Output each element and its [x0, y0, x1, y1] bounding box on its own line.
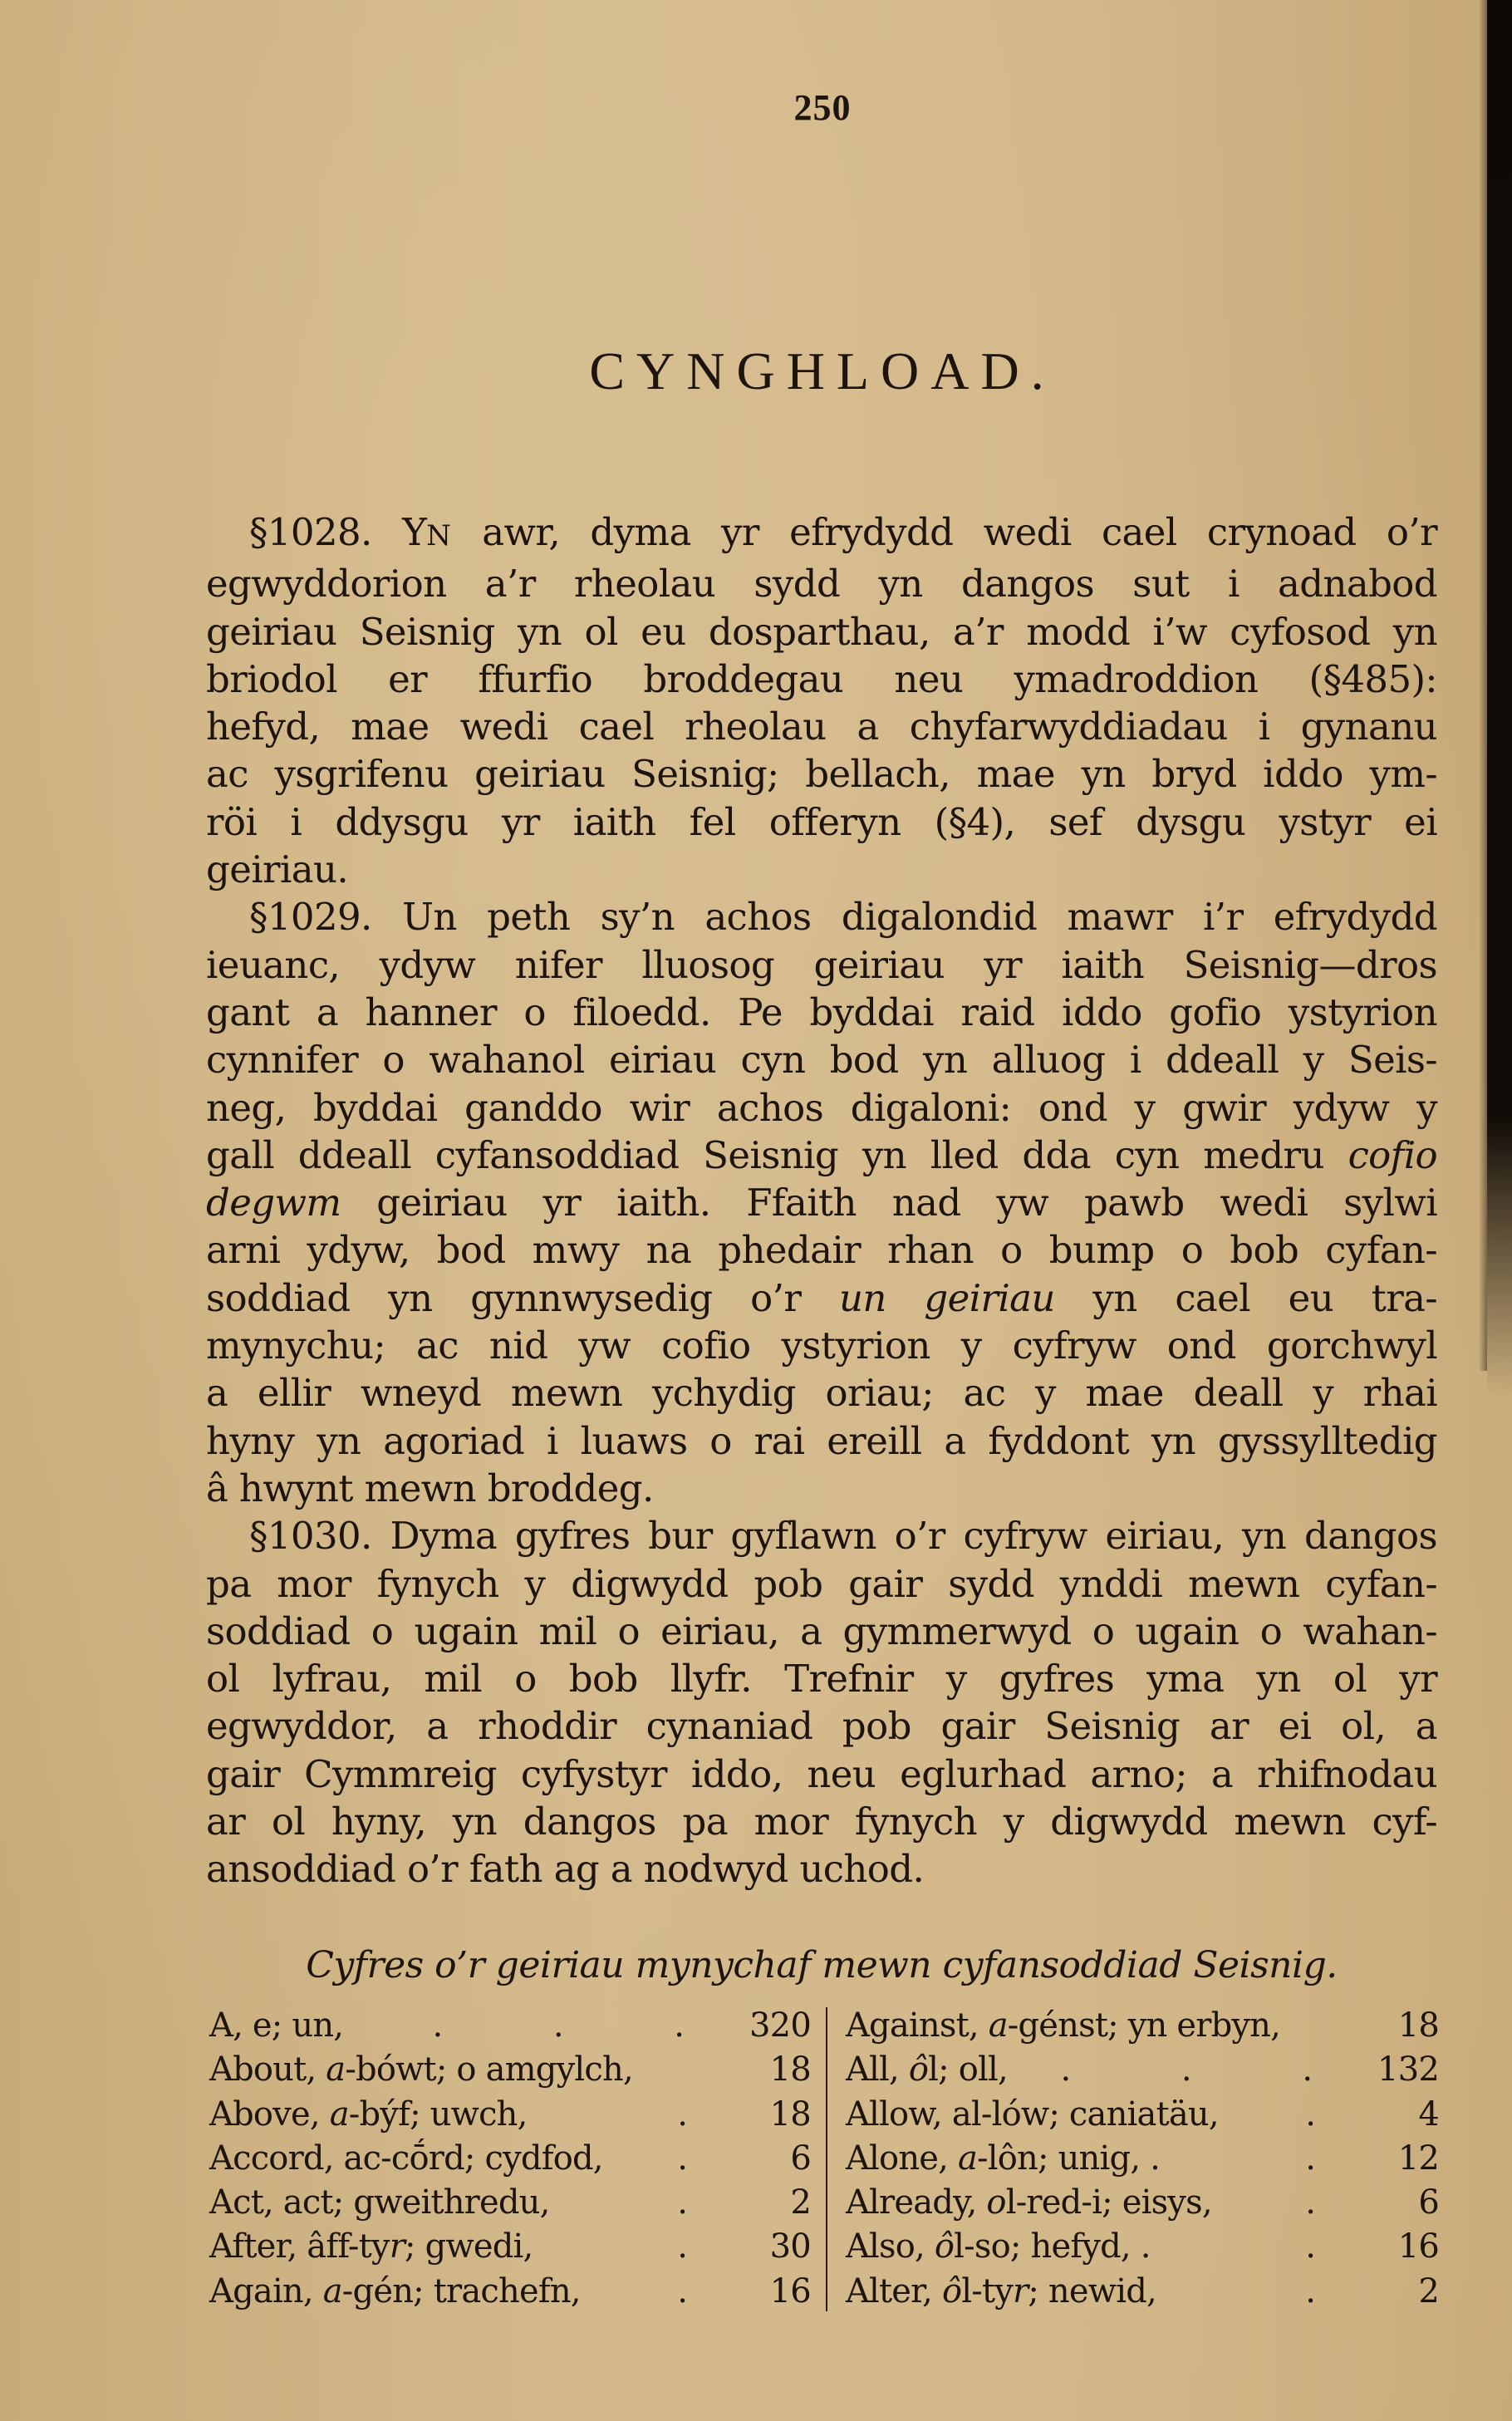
text-line: soddiad yn gynnwysedig o’r un geiriau yn…	[206, 1274, 1437, 1322]
text-line: a ellir wneyd mewn ychydig oriau; ac y m…	[206, 1369, 1437, 1417]
frequency-count: 6	[753, 2137, 811, 2181]
frequency-count: 4	[1381, 2093, 1439, 2137]
table-row: About, a-bówt; o amgylch,18	[209, 2048, 811, 2092]
text-line: ansoddiad o’r fath ag a nodwyd uchod.	[206, 1845, 1437, 1893]
text-line: ac ysgrifenu geiriau Seisnig; bellach, m…	[206, 750, 1437, 798]
text-line: §1029. Un peth sy’n achos digalondid maw…	[206, 893, 1437, 940]
table-row: After, âff-tyr; gwedi,.30	[209, 2225, 811, 2269]
text-line: briodol er ffurfio broddegau neu ymadrod…	[206, 656, 1437, 703]
dot-leader: .	[581, 2270, 753, 2314]
word-entry: A, e; un,	[209, 2004, 343, 2048]
dot-leader	[633, 2048, 753, 2092]
table-column-right: Against, a-génst; yn erbyn,18All, ôl; ol…	[827, 2004, 1439, 2314]
dot-leader: .	[533, 2225, 753, 2269]
word-frequency-table: A, e; un,. . .320About, a-bówt; o amgylc…	[209, 2004, 1439, 2314]
word-entry: Allow, al-lów; caniatäu,	[846, 2093, 1219, 2137]
binding-shadow	[1479, 0, 1487, 1371]
frequency-count: 2	[753, 2181, 811, 2225]
italic-emphasis: cofio	[1348, 1133, 1437, 1177]
text-line: gall ddeall cyfansoddiad Seisnig yn lled…	[206, 1132, 1437, 1179]
word-entry: Alone, a-lôn; unig, .	[846, 2137, 1160, 2181]
page-number: 250	[0, 86, 1512, 129]
table-row: Allow, al-lów; caniatäu,.4	[846, 2093, 1439, 2137]
frequency-count: 12	[1381, 2137, 1439, 2181]
table-row: A, e; un,. . .320	[209, 2004, 811, 2048]
text-line: geiriau Seisnig yn ol eu dosparthau, a’r…	[206, 608, 1437, 656]
paragraph-section-1028: §1028. YN awr, dyma yr efrydydd wedi cae…	[206, 508, 1437, 893]
dot-leader: .	[550, 2181, 753, 2225]
dot-leader: .	[603, 2137, 753, 2181]
frequency-count: 18	[753, 2048, 811, 2092]
frequency-count: 132	[1377, 2048, 1439, 2092]
word-entry: Alter, ôl-tyr; newid,	[846, 2270, 1156, 2314]
text-line: ar ol hyny, yn dangos pa mor fynych y di…	[206, 1798, 1437, 1845]
word-entry: Already, ol-red-i; eisys,	[846, 2181, 1212, 2225]
frequency-count: 30	[753, 2225, 811, 2269]
frequency-count: 16	[753, 2270, 811, 2314]
frequency-count: 6	[1381, 2181, 1439, 2225]
dot-leader: .	[1212, 2181, 1381, 2225]
text-line: ieuanc, ydyw nifer lluosog geiriau yr ia…	[206, 941, 1437, 989]
dot-leader	[1280, 2004, 1381, 2048]
text-line: gant a hanner o filoedd. Pe byddai raid …	[206, 989, 1437, 1036]
frequency-count: 18	[1381, 2004, 1439, 2048]
text-line: degwm geiriau yr iaith. Ffaith nad yw pa…	[206, 1179, 1437, 1226]
text-line: egwyddor, a rhoddir cynaniad pob gair Se…	[206, 1702, 1437, 1750]
table-row: All, ôl; oll,. . .132	[846, 2048, 1439, 2092]
dot-leader: .	[1151, 2225, 1381, 2269]
text-line: ol lyfrau, mil o bob llyfr. Trefnir y gy…	[206, 1655, 1437, 1702]
dot-leader: .	[528, 2093, 753, 2137]
table-row: Alter, ôl-tyr; newid,.2	[846, 2270, 1439, 2314]
dot-leader: .	[1160, 2137, 1381, 2181]
text-line: gair Cymmreig cyfystyr iddo, neu eglurha…	[206, 1751, 1437, 1798]
text-line: hyny yn agoriad i luaws o rai ereill a f…	[206, 1417, 1437, 1465]
paragraph-section-1030: §1030. Dyma gyfres bur gyflawn o’r cyfry…	[206, 1512, 1437, 1893]
table-row: Again, a-gén; trachefn,.16	[209, 2270, 811, 2314]
frequency-count: 320	[749, 2004, 811, 2048]
word-entry: After, âff-tyr; gwedi,	[209, 2225, 533, 2269]
text-line: arni ydyw, bod mwy na phedair rhan o bum…	[206, 1226, 1437, 1274]
table-row: Act, act; gweithredu,.2	[209, 2181, 811, 2225]
frequency-count: 2	[1381, 2270, 1439, 2314]
text-line: neg, byddai ganddo wir achos digaloni: o…	[206, 1084, 1437, 1132]
frequency-count: 16	[1381, 2225, 1439, 2269]
table-row: Accord, ac-cṓrd; cydfod,.6	[209, 2137, 811, 2181]
word-entry: Again, a-gén; trachefn,	[209, 2270, 581, 2314]
dot-leader: . . .	[1008, 2048, 1377, 2092]
italic-emphasis: un geiriau	[839, 1276, 1055, 1320]
dot-leader: .	[1156, 2270, 1381, 2314]
table-row: Against, a-génst; yn erbyn,18	[846, 2004, 1439, 2048]
text-line: hefyd, mae wedi cael rheolau a chyfarwyd…	[206, 703, 1437, 750]
chapter-title: CYNGHLOAD.	[0, 341, 1512, 402]
italic-emphasis: degwm	[206, 1181, 341, 1225]
text-line: soddiad o ugain mil o eiriau, a gymmerwy…	[206, 1608, 1437, 1655]
word-entry: About, a-bówt; o amgylch,	[209, 2048, 633, 2092]
text-line: mynychu; ac nid yw cofio ystyrion y cyfr…	[206, 1322, 1437, 1369]
dot-leader: .	[1219, 2093, 1381, 2137]
dot-leader: . . .	[343, 2004, 749, 2048]
word-entry: Against, a-génst; yn erbyn,	[846, 2004, 1280, 2048]
text-line: geiriau.	[206, 846, 1437, 893]
word-entry: Accord, ac-cṓrd; cydfod,	[209, 2137, 603, 2181]
text-line: pa mor fynych y digwydd pob gair sydd yn…	[206, 1560, 1437, 1608]
book-binding-edge	[1487, 0, 1512, 1396]
table-title: Cyfres o’r geiriau mynychaf mewn cyfanso…	[206, 1944, 1437, 1986]
text-line: â hwynt mewn broddeg.	[206, 1465, 1437, 1512]
word-entry: Also, ôl-so; hefyd, .	[846, 2225, 1151, 2269]
word-entry: All, ôl; oll,	[846, 2048, 1008, 2092]
word-entry: Act, act; gweithredu,	[209, 2181, 550, 2225]
body-text: §1028. YN awr, dyma yr efrydydd wedi cae…	[206, 508, 1437, 1893]
text-line: §1028. YN awr, dyma yr efrydydd wedi cae…	[206, 508, 1437, 560]
paragraph-section-1029: §1029. Un peth sy’n achos digalondid maw…	[206, 893, 1437, 1512]
table-row: Above, a-býf; uwch,.18	[209, 2093, 811, 2137]
table-row: Already, ol-red-i; eisys,.6	[846, 2181, 1439, 2225]
text-line: cynnifer o wahanol eiriau cyn bod yn all…	[206, 1036, 1437, 1083]
text-line: §1030. Dyma gyfres bur gyflawn o’r cyfry…	[206, 1512, 1437, 1559]
word-entry: Above, a-býf; uwch,	[209, 2093, 528, 2137]
table-column-left: A, e; un,. . .320About, a-bówt; o amgylc…	[209, 2004, 826, 2314]
table-row: Alone, a-lôn; unig, ..12	[846, 2137, 1439, 2181]
table-row: Also, ôl-so; hefyd, ..16	[846, 2225, 1439, 2269]
text-line: egwyddorion a’r rheolau sydd yn dangos s…	[206, 560, 1437, 607]
text-line: röi i ddysgu yr iaith fel offeryn (§4), …	[206, 798, 1437, 846]
frequency-count: 18	[753, 2093, 811, 2137]
